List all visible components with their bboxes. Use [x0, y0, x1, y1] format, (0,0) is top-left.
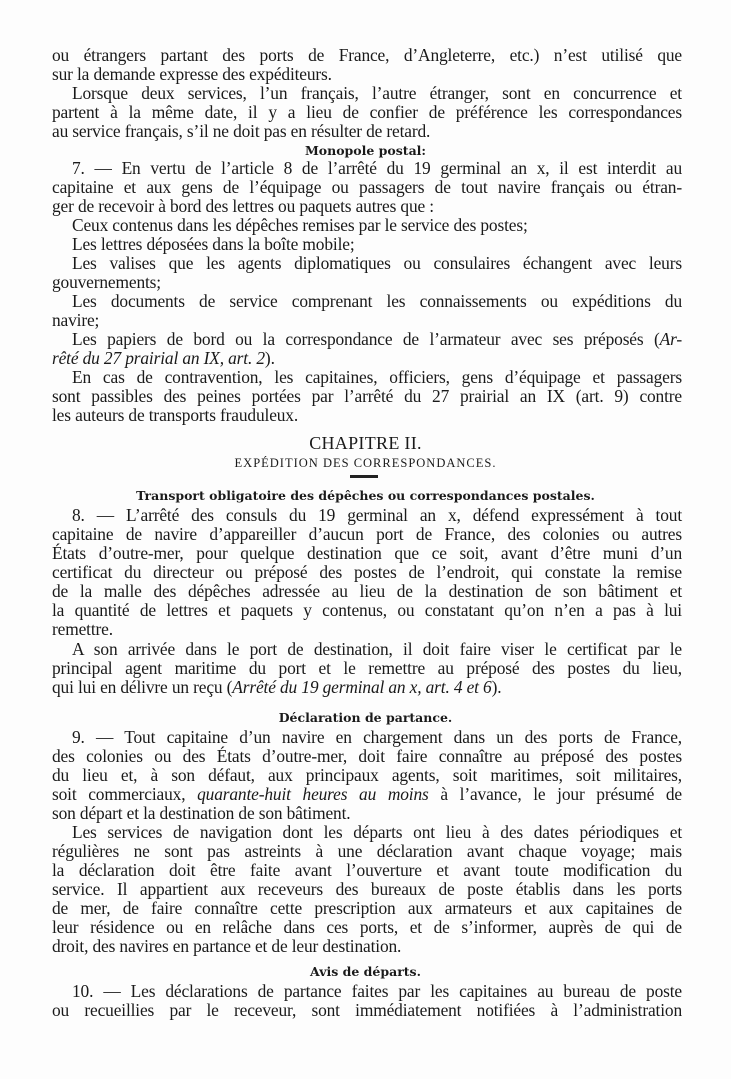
section-heading-transport: Transport obligatoire des dépêches ou co…	[0, 488, 731, 504]
text-line: de la malle des dépêches adressée au lie…	[52, 582, 682, 601]
text-line: Les papiers de bord ou la correspondance…	[72, 330, 682, 349]
text-line: droit, des navires en partance et de leu…	[52, 937, 682, 956]
text-span: à l’avance, le jour présumé de	[429, 784, 682, 804]
text-line: Lorsque deux services, l’un français, l’…	[72, 84, 682, 103]
citation-text: Arrêté du 19 germinal an x, art. 4 et 6	[232, 677, 491, 697]
document-page: ou étrangers partant des ports de France…	[0, 0, 731, 1079]
text-line: Les valises que les agents diplomatiques…	[72, 254, 682, 273]
chapter-title: CHAPITRE II.	[0, 433, 731, 453]
text-line: régulières ne sont pas astreints à une d…	[52, 842, 682, 861]
section-heading-monopole: Monopole postal:	[0, 143, 731, 159]
text-line: Les services de navigation dont les dépa…	[72, 823, 682, 842]
chapter-divider	[350, 475, 378, 478]
text-line: capitaine et aux gens de l’équipage ou p…	[52, 178, 682, 197]
text-line: remettre.	[52, 620, 682, 639]
text-line: gouvernements;	[52, 273, 682, 292]
chapter-subtitle: EXPÉDITION DES CORRESPONDANCES.	[0, 456, 731, 471]
text-line: navire;	[52, 311, 682, 330]
text-line: ger de recevoir à bord des lettres ou pa…	[52, 197, 682, 216]
text-line: service. Il appartient aux receveurs des…	[52, 880, 682, 899]
text-line: soit commerciaux, quarante-huit heures a…	[52, 785, 682, 804]
text-line: des colonies ou des États d’outre-mer, d…	[52, 747, 682, 766]
text-span: soit commerciaux,	[52, 784, 197, 804]
emphasis-text: quarante-huit heures au moins	[197, 784, 429, 804]
text-line: États d’outre-mer, pour quelque destinat…	[52, 544, 682, 563]
text-line: principal agent maritime du port et le r…	[52, 659, 682, 678]
text-line: leur résidence ou en relâche dans ces po…	[52, 918, 682, 937]
text-line: En cas de contravention, les capitaines,…	[72, 368, 682, 387]
text-line: 8. — L’arrêté des consuls du 19 germinal…	[72, 506, 682, 525]
text-line: 10. — Les déclarations de partance faite…	[72, 982, 682, 1001]
text-span: Les papiers de bord ou la correspondance…	[72, 329, 660, 349]
text-line: la quantité de lettres et paquets y cont…	[52, 601, 682, 620]
text-line: Les lettres déposées dans la boîte mobil…	[72, 235, 682, 254]
text-span: qui lui en délivre un reçu (	[52, 677, 232, 697]
text-line: sont passibles des peines portées par l’…	[52, 387, 682, 406]
text-line: au service français, s’il ne doit pas en…	[52, 122, 682, 141]
text-span: ).	[492, 677, 502, 697]
text-line: certificat du directeur ou préposé des p…	[52, 563, 682, 582]
text-line: 9. — Tout capitaine d’un navire en charg…	[72, 728, 682, 747]
section-heading-declaration: Déclaration de partance.	[0, 710, 731, 726]
text-line: son départ et la destination de son bâti…	[52, 804, 682, 823]
citation-text: Ar-	[660, 329, 682, 349]
text-line: ou recueillies par le receveur, sont imm…	[52, 1001, 682, 1020]
text-span: ).	[265, 348, 275, 368]
text-line: ou étrangers partant des ports de France…	[52, 46, 682, 65]
text-line: la déclaration doit être faite avant l’o…	[52, 861, 682, 880]
text-line: Les documents de service comprenant les …	[72, 292, 682, 311]
text-line: les auteurs de transports frauduleux.	[52, 406, 682, 425]
text-line: 7. — En vertu de l’article 8 de l’arrêté…	[72, 159, 682, 178]
text-line: Ceux contenus dans les dépêches remises …	[72, 216, 682, 235]
section-heading-avis: Avis de départs.	[0, 964, 731, 980]
text-line: capitaine de navire d’appareiller d’aucu…	[52, 525, 682, 544]
text-line: du lieu et, à son défaut, aux principaux…	[52, 766, 682, 785]
text-line: rêté du 27 prairial an IX, art. 2).	[52, 349, 682, 368]
text-line: sur la demande expresse des expéditeurs.	[52, 65, 682, 84]
citation-text: rêté du 27 prairial an IX, art. 2	[52, 348, 265, 368]
text-line: A son arrivée dans le port de destinatio…	[72, 640, 682, 659]
text-line: de mer, de faire connaître cette prescri…	[52, 899, 682, 918]
text-line: partent à la même date, il y a lieu de c…	[52, 103, 682, 122]
text-line: qui lui en délivre un reçu (Arrêté du 19…	[52, 678, 682, 697]
